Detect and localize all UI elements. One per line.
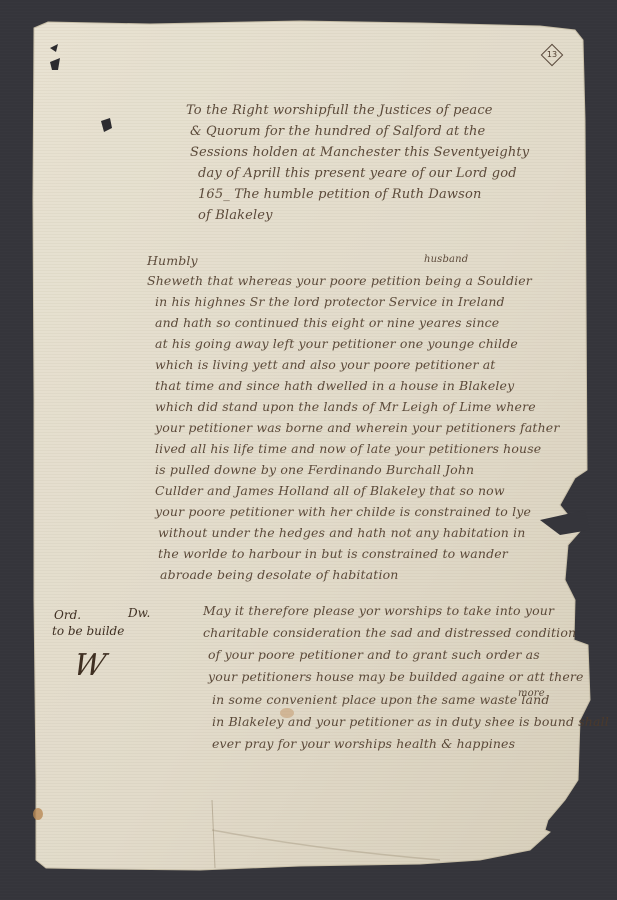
body-line: that time and since hath dwelled in a ho… [155,378,514,393]
prayer-line: of your poore petitioner and to grant su… [208,647,540,662]
body-line: Cullder and James Holland all of Blakele… [155,483,505,498]
body-line: and hath so continued this eight or nine… [155,315,499,330]
body-line: your petitioner was borne and wherein yo… [155,420,559,435]
address-line: & Quorum for the hundred of Salford at t… [190,124,485,139]
annotation-order: Ord. [54,608,81,622]
prayer-line: your petitioners house may be builded ag… [208,669,584,684]
body-line: which did stand upon the lands of Mr Lei… [155,399,536,414]
body-line: at his going away left your petitioner o… [155,336,518,351]
prayer-line: in some convenient place upon the same w… [212,692,550,707]
body-line: in his highnes Sr the lord protector Ser… [155,294,505,309]
opening-word: Humbly [147,253,198,268]
body-line: lived all his life time and now of late … [155,441,541,456]
address-line: 165_ The humble petition of Ruth Dawson [198,187,481,202]
prayer-line: May it therefore please yor worships to … [203,603,554,618]
address-line: day of Aprill this present yeare of our … [198,166,517,181]
address-line: of Blakeley [198,208,273,223]
body-line: without under the hedges and hath not an… [158,525,525,540]
annotation-directive: to be builde [52,624,124,638]
body-line: which is living yett and also your poore… [155,357,496,372]
body-line: Sheweth that whereas your poore petition… [147,273,532,288]
prayer-line: in Blakeley and your petitioner as in du… [212,714,609,729]
body-line: is pulled downe by one Ferdinando Burcha… [155,462,474,477]
manuscript-page: 13 To the Right worshipfull the Justices… [0,0,617,900]
body-line: your poore petitioner with her childe is… [155,504,531,519]
prayer-line: charitable consideration the sad and dis… [203,625,576,640]
body-line: the worlde to harbour in but is constrai… [158,546,508,561]
address-line: Sessions holden at Manchester this Seven… [190,145,529,160]
annotation-initials: Dw. [128,606,150,620]
body-line: abroade being desolate of habitation [160,567,399,582]
rust-stain [33,808,43,820]
address-line: To the Right worshipfull the Justices of… [186,103,493,118]
prayer-line: ever pray for your worships health & hap… [212,736,515,751]
interlinear-insertion: husband [424,252,468,267]
